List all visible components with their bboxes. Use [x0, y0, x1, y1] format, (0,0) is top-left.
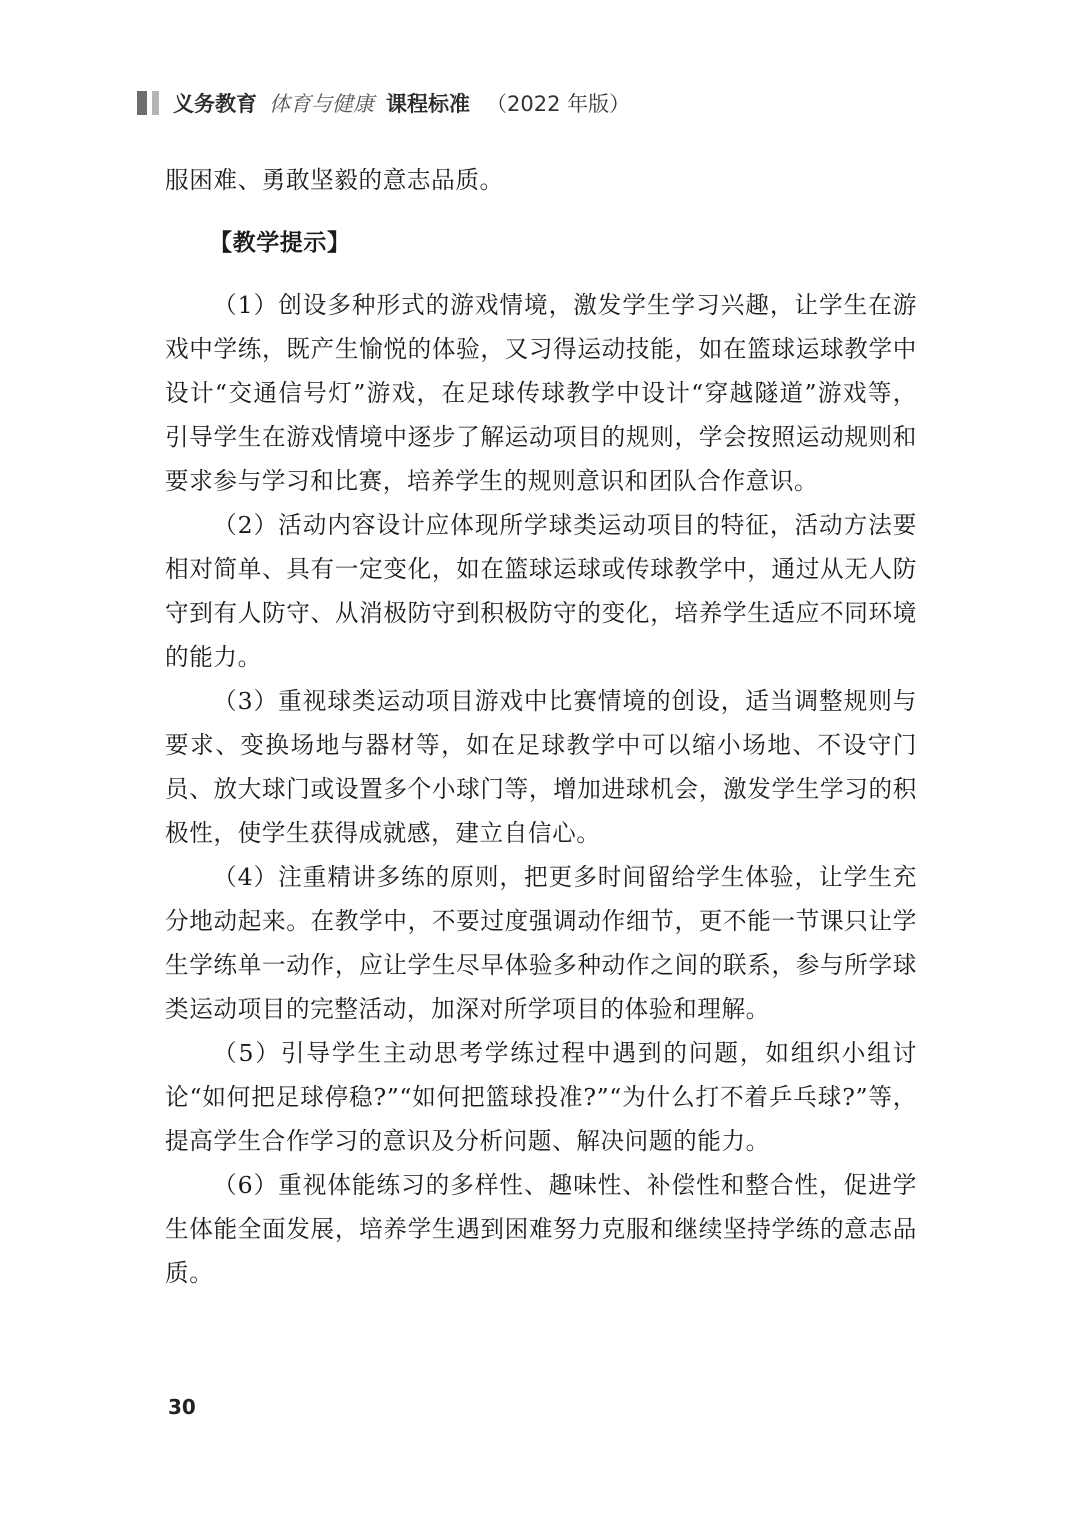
- page-body: 服困难、勇敢坚毅的意志品质。 【教学提示】 （1）创设多种形式的游戏情境，激发学…: [165, 158, 917, 1295]
- continuation-paragraph: 服困难、勇敢坚毅的意志品质。: [165, 158, 917, 202]
- paragraph-1: （1）创设多种形式的游戏情境，激发学生学习兴趣，让学生在游戏中学练，既产生愉悦的…: [165, 283, 917, 503]
- header-suffix: 课程标准: [386, 88, 470, 118]
- header-edition: （2022 年版）: [486, 88, 630, 118]
- paragraph-3: （3）重视球类运动项目游戏中比赛情境的创设，适当调整规则与要求、变换场地与器材等…: [165, 679, 917, 855]
- paragraph-5: （5）引导学生主动思考学练过程中遇到的问题，如组织小组讨论“如何把足球停稳?”“…: [165, 1031, 917, 1163]
- paragraph-4: （4）注重精讲多练的原则，把更多时间留给学生体验，让学生充分地动起来。在教学中，…: [165, 855, 917, 1031]
- paragraph-6: （6）重视体能练习的多样性、趣味性、补偿性和整合性，促进学生体能全面发展，培养学…: [165, 1163, 917, 1295]
- paragraph-2: （2）活动内容设计应体现所学球类运动项目的特征，活动方法要相对简单、具有一定变化…: [165, 503, 917, 679]
- header-bar-icon-light: [152, 91, 159, 115]
- section-title: 【教学提示】: [165, 221, 917, 265]
- running-header: 义务教育 体育与健康 课程标准 （2022 年版）: [137, 88, 630, 118]
- header-prefix: 义务教育: [173, 88, 257, 118]
- page-number: 30: [168, 1395, 196, 1419]
- header-subject: 体育与健康: [269, 88, 374, 118]
- header-bar-icon: [137, 91, 147, 115]
